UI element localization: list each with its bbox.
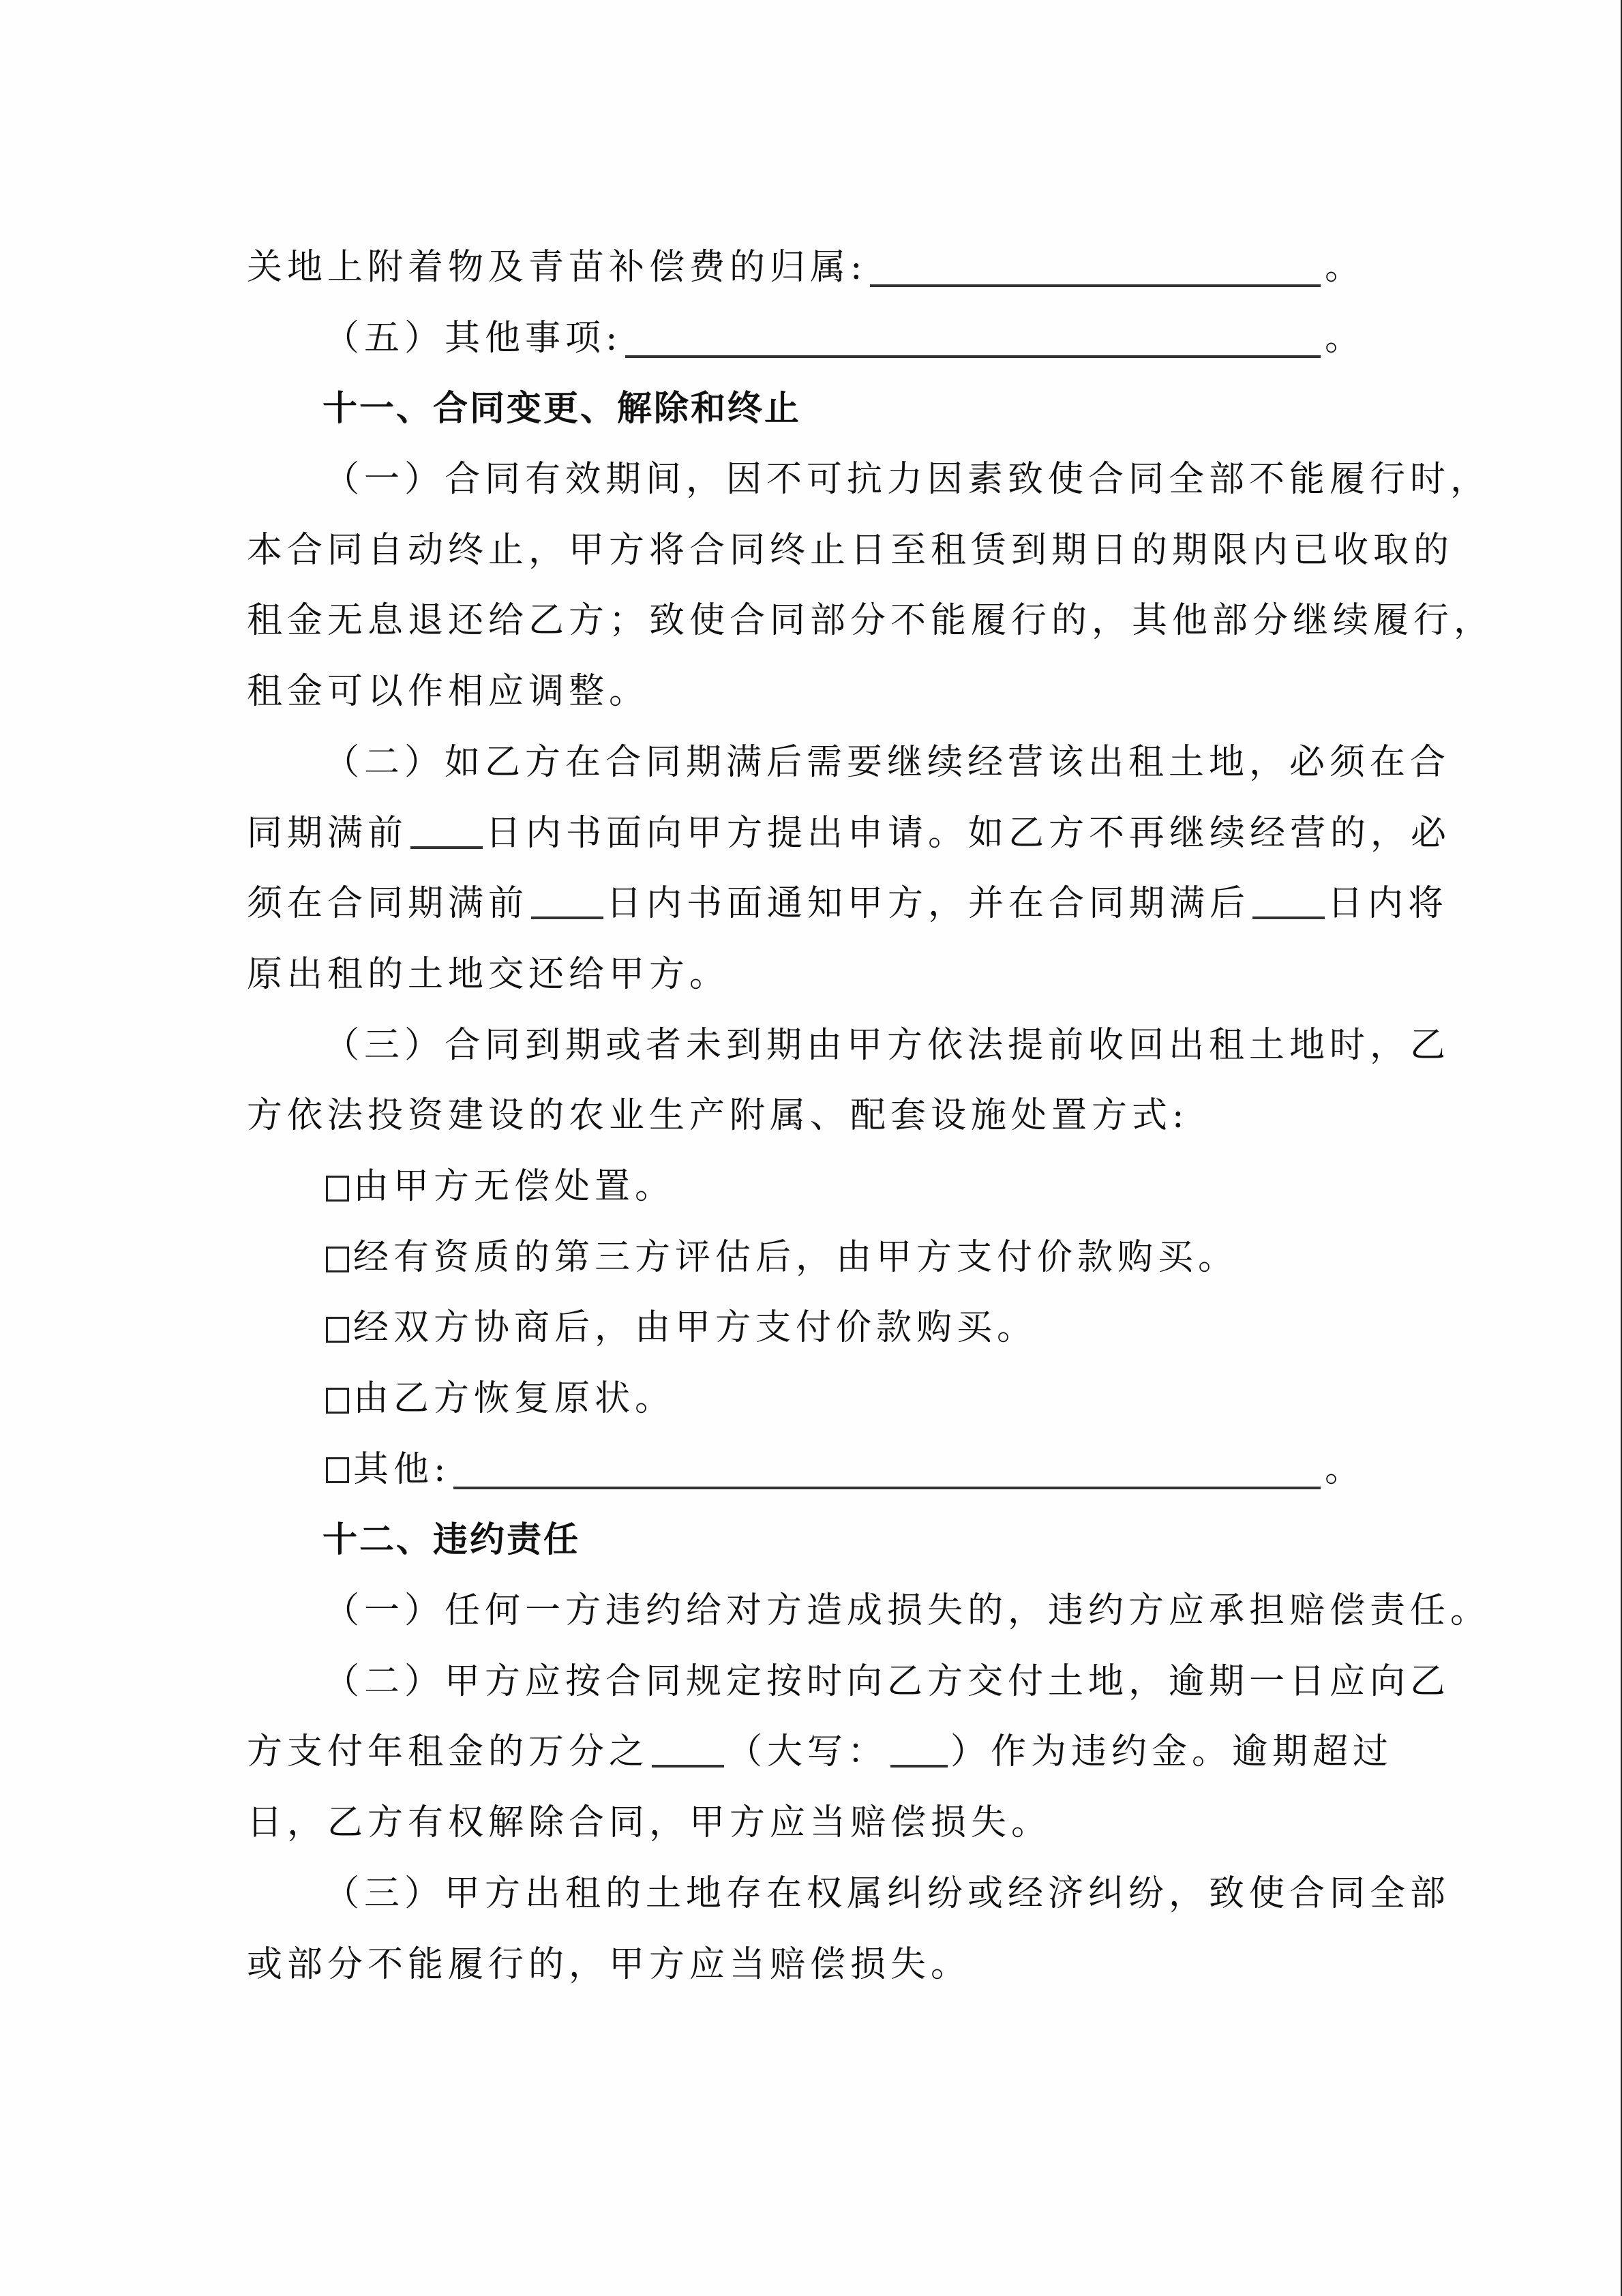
text: 。	[1325, 303, 1365, 374]
paragraph-line: （二）甲方应按合同规定按时向乙方交付土地，逾期一日应向乙	[247, 1647, 1365, 1718]
text: 日内书面通知甲方，并在合同期满后	[606, 883, 1250, 924]
option-line: 经双方协商后，由甲方支付价款购买。	[247, 1293, 1365, 1364]
text: 关地上附着物及青苗补偿费的归属:	[247, 233, 867, 303]
text: 。	[1325, 233, 1365, 303]
checkbox-icon[interactable]	[326, 1388, 349, 1414]
option-label: 由乙方恢复原状。	[353, 1378, 675, 1419]
paragraph-line: 关地上附着物及青苗补偿费的归属: 。	[247, 233, 1365, 303]
paragraph-line: 原出租的土地交还给甲方。	[247, 940, 1365, 1011]
paragraph-line: （二）如乙方在合同期满后需要继续经营该出租土地，必须在合	[247, 728, 1365, 799]
paragraph-line: 租金无息退还给乙方；致使合同部分不能履行的，其他部分继续履行，	[247, 586, 1365, 657]
checkbox-icon[interactable]	[326, 1247, 349, 1272]
option-line: 由乙方恢复原状。	[247, 1364, 1365, 1435]
document-page: 关地上附着物及青苗补偿费的归属: 。 （五）其他事项: 。 十一、合同变更、解除…	[0, 0, 1622, 2296]
days-blank[interactable]	[410, 819, 483, 849]
penalty-rate-blank[interactable]	[652, 1738, 724, 1768]
paragraph-line: 同期满前日内书面向甲方提出申请。如乙方不再继续经营的，必	[247, 799, 1365, 869]
paragraph-line: （三）合同到期或者未到期由甲方依法提前收回出租土地时，乙	[247, 1011, 1365, 1082]
days-blank[interactable]	[531, 889, 603, 919]
option-line: 由甲方无偿处置。	[247, 1152, 1365, 1223]
paragraph-line: 方依法投资建设的农业生产附属、配套设施处置方式:	[247, 1081, 1365, 1152]
option-label: 其他:	[353, 1435, 451, 1506]
paragraph-line: （三）甲方出租的土地存在权属纠纷或经济纠纷，致使合同全部	[247, 1859, 1365, 1930]
paragraph-line: 须在合同期满前日内书面通知甲方，并在合同期满后日内将	[247, 869, 1365, 940]
checkbox-icon[interactable]	[326, 1457, 349, 1483]
document-content: 关地上附着物及青苗补偿费的归属: 。 （五）其他事项: 。 十一、合同变更、解除…	[247, 233, 1365, 2000]
fill-in-blank[interactable]	[453, 1459, 1321, 1489]
checkbox-icon[interactable]	[326, 1176, 349, 1202]
text: 。	[1325, 1435, 1365, 1506]
paragraph-line: 或部分不能履行的，甲方应当赔偿损失。	[247, 1930, 1365, 2001]
text: 方支付年租金的万分之	[247, 1731, 649, 1772]
option-label: 经有资质的第三方评估后，由甲方支付价款购买。	[353, 1237, 1238, 1278]
option-label: 经双方协商后，由甲方支付价款购买。	[353, 1307, 1037, 1348]
paragraph-line: （一）任何一方违约给对方造成损失的，违约方应承担赔偿责任。	[247, 1576, 1365, 1647]
fill-in-blank[interactable]	[625, 328, 1321, 358]
text: （大写：	[727, 1731, 888, 1772]
option-line: 其他: 。	[247, 1435, 1365, 1506]
paragraph-line: （一）合同有效期间，因不可抗力因素致使合同全部不能履行时，	[247, 445, 1365, 516]
penalty-rate-uppercase-blank[interactable]	[890, 1738, 948, 1768]
paragraph-line: 日，乙方有权解除合同，甲方应当赔偿损失。	[247, 1788, 1365, 1859]
text: 日内将	[1327, 883, 1448, 924]
section-heading-12: 十二、违约责任	[247, 1505, 1365, 1576]
text: 日内书面向甲方提出申请。如乙方不再继续经营的，必	[485, 813, 1451, 854]
paragraph-line: 本合同自动终止，甲方将合同终止日至租赁到期日的期限内已收取的	[247, 516, 1365, 586]
fill-in-blank[interactable]	[870, 257, 1321, 287]
text: 须在合同期满前	[247, 883, 528, 924]
text: （五）其他事项:	[324, 303, 622, 374]
option-label: 由甲方无偿处置。	[353, 1166, 675, 1207]
days-blank[interactable]	[1252, 889, 1325, 919]
option-line: 经有资质的第三方评估后，由甲方支付价款购买。	[247, 1223, 1365, 1294]
paragraph-line: 方支付年租金的万分之（大写：）作为违约金。逾期超过	[247, 1717, 1365, 1788]
section-heading-11: 十一、合同变更、解除和终止	[247, 374, 1365, 445]
paragraph-line: （五）其他事项: 。	[247, 303, 1365, 374]
text: 同期满前	[247, 813, 408, 854]
paragraph-line: 租金可以作相应调整。	[247, 657, 1365, 728]
checkbox-icon[interactable]	[326, 1317, 349, 1343]
text: ）作为违约金。逾期超过	[950, 1731, 1393, 1772]
